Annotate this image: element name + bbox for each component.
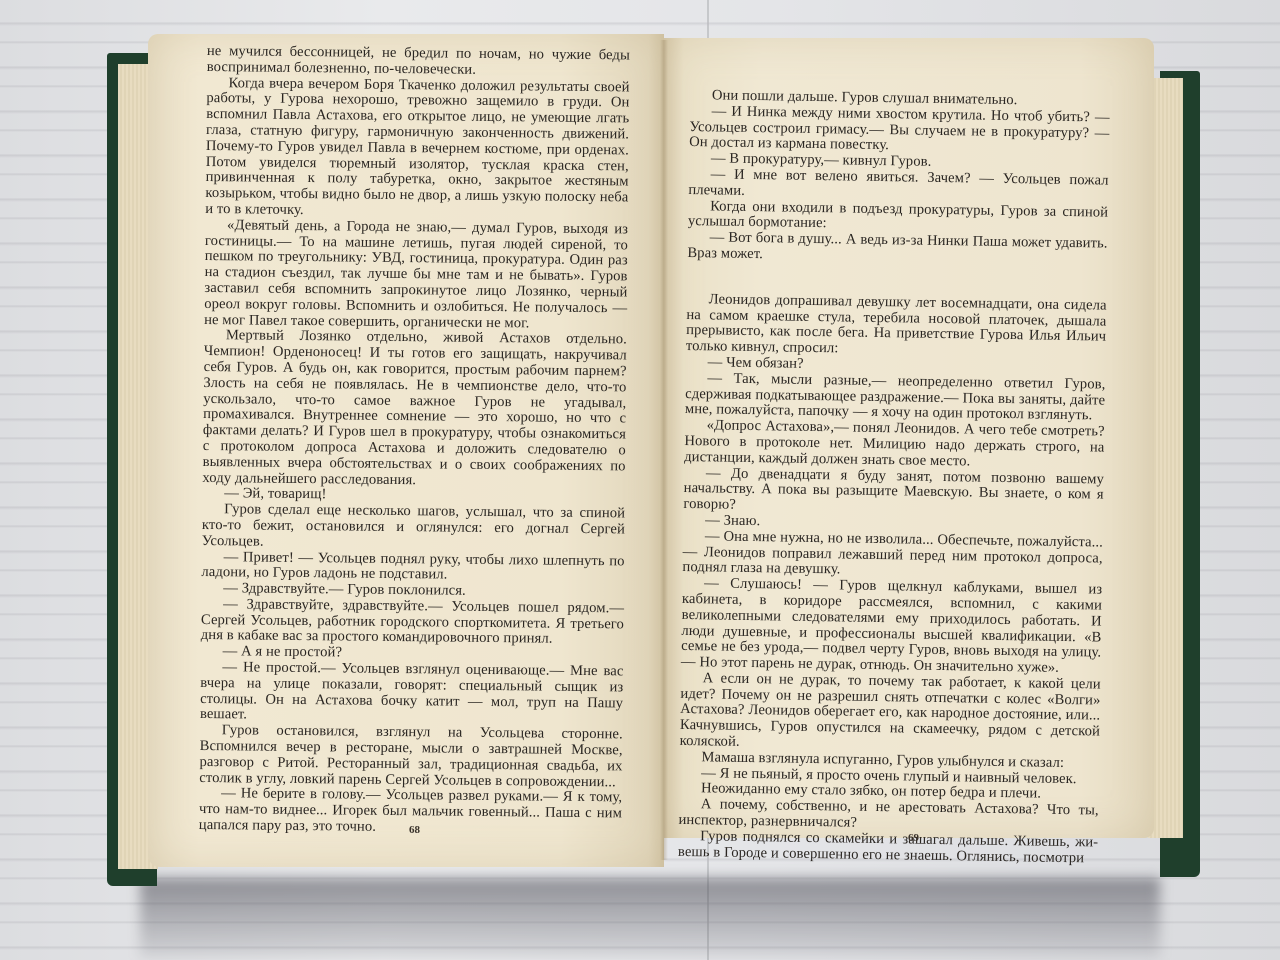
book-shadow xyxy=(140,878,1160,958)
paragraph: — Не простой.— Усольцев взглянул оценива… xyxy=(200,660,624,728)
paragraph: «Девятый день, а Города не знаю,— думал … xyxy=(204,218,628,333)
paragraph: А если он не дурак, то почему так работа… xyxy=(680,671,1101,757)
paragraph: «Допрос Астахова»,— понял Леонидов. А че… xyxy=(684,418,1105,472)
paragraph: Гуров поднялся со скамейки и зашагал дал… xyxy=(678,829,1098,867)
paragraph: Когда вчера вечером Боря Ткаченко доложи… xyxy=(205,76,629,223)
paragraph: — Она мне нужна, но не изволила... Обесп… xyxy=(682,529,1103,583)
paragraph: — Здравствуйте, здравствуйте.— Усольцев … xyxy=(201,597,624,649)
right-page-text: Они пошли дальше. Гуров слушал вниматель… xyxy=(678,88,1110,867)
page-number-left: 68 xyxy=(409,824,420,836)
paragraph: — Так, мысли разные,— неопределенно отве… xyxy=(685,371,1106,425)
paragraph: — Вот бога в душу... А ведь из-за Нинки … xyxy=(687,230,1107,268)
paragraph: — До двенадцати я буду занят, потом позв… xyxy=(683,465,1104,519)
section-break-paragraph: Леонидов допрашивал девушку лет восемнад… xyxy=(686,292,1107,362)
paragraph: — Слушаюсь! — Гуров щелкнул каблуками, в… xyxy=(681,576,1102,677)
left-page-text: не мучился бессонницей, не бредил по ноч… xyxy=(199,44,630,838)
page-number-right: 69 xyxy=(908,832,919,844)
paragraph: не мучился бессонницей, не бредил по ноч… xyxy=(207,44,630,80)
paragraph: Гуров остановился, взглянул на Усольцева… xyxy=(199,723,623,791)
book-gutter xyxy=(660,40,668,860)
paragraph: — И Нинка между ними хвостом крутила. Но… xyxy=(689,104,1110,158)
paragraph: Мертвый Лозянко отдельно, живой Астахов … xyxy=(202,328,627,490)
paragraph: Гуров сделал еще несколько шагов, услыша… xyxy=(202,502,625,554)
